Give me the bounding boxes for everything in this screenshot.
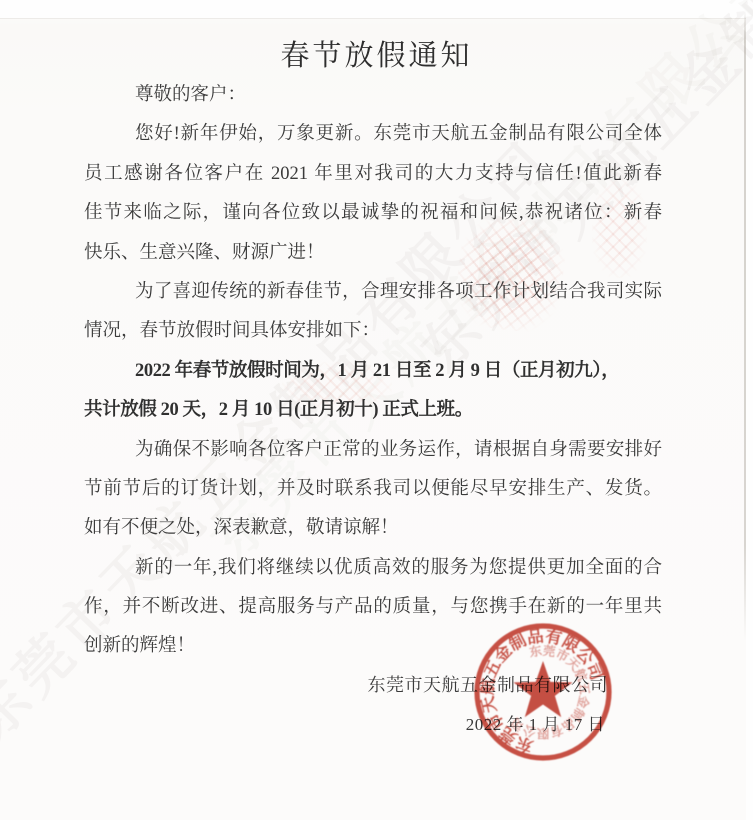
body-line: 员工感谢各位客户在 2021 年里对我司的大力支持与信任!值此新春	[84, 155, 662, 194]
body-line: 节前节后的订货计划，并及时联系我司以便能尽早安排生产、发货。	[84, 470, 662, 509]
photo-top-band	[0, 0, 753, 19]
body-line: 快乐、生意兴隆、财源广进！	[84, 234, 662, 273]
notice-document: 东莞市天航五金制品有限公司 东莞市天航五金制品有限公司 东莞市天航五金制品有限公…	[0, 0, 753, 820]
body-line: 为了喜迎传统的新春佳节，合理安排各项工作计划结合我司实际	[84, 273, 662, 312]
signature-company-name: 东莞市天航五金制品有限公司	[368, 671, 609, 697]
body-line: 您好!新年伊始，万象更新。东莞市天航五金制品有限公司全体	[84, 115, 662, 154]
signature-date: 2022 年 1 月 17 日	[466, 710, 605, 735]
body-line: 为确保不影响各位客户正常的业务运作，请根据自身需要安排好	[84, 431, 662, 470]
notice-body: 尊敬的客户： 您好!新年伊始，万象更新。东莞市天航五金制品有限公司全体 员工感谢…	[84, 76, 662, 667]
body-line: 创新的辉煌！	[84, 627, 662, 666]
salutation: 尊敬的客户：	[84, 76, 662, 115]
body-line: 如有不便之处，深表歉意，敬请谅解！	[84, 509, 662, 548]
holiday-dates-line: 2022 年春节放假时间为，1 月 21 日至 2 月 9 日（正月初九），	[84, 352, 662, 391]
body-line: 作，并不断改进、提高服务与产品的质量，与您携手在新的一年里共	[84, 588, 662, 627]
body-line: 新的一年,我们将继续以优质高效的服务为您提供更加全面的合	[84, 549, 662, 588]
holiday-dates-line: 共计放假 20 天，2 月 10 日(正月初十) 正式上班。	[84, 391, 662, 430]
body-line: 佳节来临之际，谨向各位致以最诚挚的祝福和问候,恭祝诸位：新春	[84, 194, 662, 233]
page-title: 春节放假通知	[0, 33, 753, 74]
body-line: 情况，春节放假时间具体安排如下：	[84, 312, 662, 351]
paper-right-margin	[746, 0, 753, 820]
